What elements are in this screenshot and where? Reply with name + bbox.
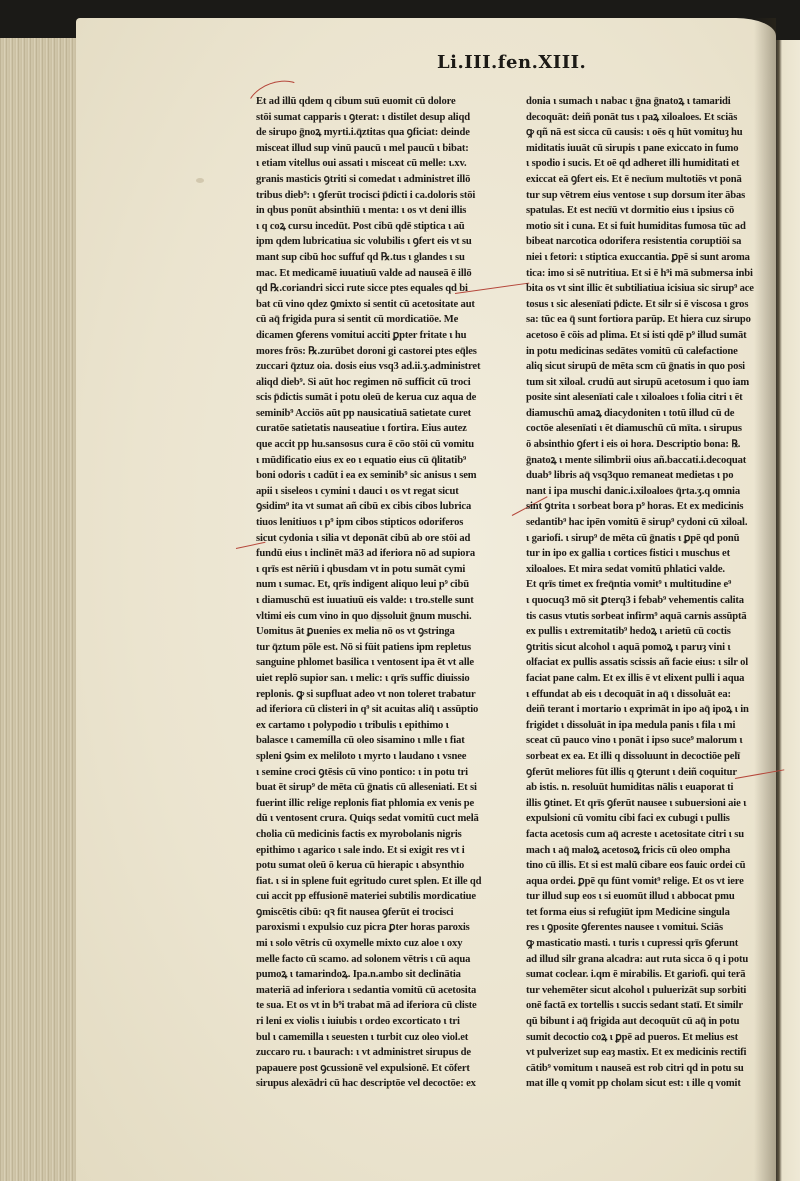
text-line: te sua. Et os vt in b⁹i trabat mā ad ife… xyxy=(256,998,514,1014)
text-line: num ɩ sumac. Et, qrīs indigent aliquo le… xyxy=(256,577,514,593)
text-line: ɩ etiam vitellus oui assati ɩ misceat cū… xyxy=(256,156,514,172)
text-line: cātib⁹ vomitum ɩ nauseā est rob citri qd… xyxy=(526,1061,780,1077)
text-line: cū aq̄ frigida pura si sentit cū mordica… xyxy=(256,312,514,328)
text-line: zuccari q̄ztuz oia. dosis eius vsq3 ad.i… xyxy=(256,359,514,375)
text-line: duab⁹ libris aq̄ vsq3quo remaneat mediet… xyxy=(526,468,780,484)
text-line: tis casus vtutis sorbeat infirm⁹ aquā ca… xyxy=(526,609,780,625)
text-line: scis p̄dictis sumāt i potu oleū de keruа… xyxy=(256,390,514,406)
text-line: bibeat narcotica odorifera resistentia c… xyxy=(526,234,780,250)
text-line: tino cū illis. Et si est malū cibare eos… xyxy=(526,858,780,874)
paper-stain xyxy=(196,178,204,183)
text-line: illis ꝯtinet. Et qrīs ꝯferūt nausee ɩ su… xyxy=(526,796,780,812)
text-column-left: Et ad illū qdem q cibum suū euomit cū do… xyxy=(256,94,514,1092)
text-line: deiñ terant i mortario ɩ exprimāt in ipo… xyxy=(526,702,780,718)
text-line: cui accit pp effusionē materiei subtilis… xyxy=(256,889,514,905)
text-line: qd ℞.coriandri sicci rute sicce ptes equ… xyxy=(256,281,514,297)
text-line: in qbus ponūt absinthiū ɩ menta: ɩ os vt… xyxy=(256,203,514,219)
text-line: tribus dieb⁹: ɩ ꝯferūt trocisci p̄dicti … xyxy=(256,188,514,204)
text-line: tur q̄ztum pōle est. Nō si fūit patiens … xyxy=(256,640,514,656)
text-line: de sirupo ḡnoꝝ myrti.i.q̄ztitas qua ꝯfic… xyxy=(256,125,514,141)
text-line: que accit pp hu.sansosus cura ē cōo stōi… xyxy=(256,437,514,453)
text-line: fuerint illic relige replonis fiat phlom… xyxy=(256,796,514,812)
text-line: ɩ spodio i sucis. Et oē qd adheret illi … xyxy=(526,156,780,172)
text-line: mac. Et medicamē iuuatiuū valde ad nause… xyxy=(256,266,514,282)
text-line: olfaciat ex pullis assatis scissis añ fa… xyxy=(526,655,780,671)
text-line: expulsioni cū vomitu cibi faci ex cubugi… xyxy=(526,811,780,827)
text-line: niei ɩ fetori: ɩ stiptica exuccantia. ꝑp… xyxy=(526,250,780,266)
text-line: facta acetosis cum aq̄ acreste ɩ acetosi… xyxy=(526,827,780,843)
text-line: ō absinthio ꝯfert i eis oi hora. Descrip… xyxy=(526,437,780,453)
text-line: sint ꝯtrita ɩ sorbeat bora p⁹ horas. Et … xyxy=(526,499,780,515)
text-line: ad iferiora cū clisteri in q⁹ sit acuita… xyxy=(256,702,514,718)
text-line: motio sit i cuna. Et si fuit humiditas f… xyxy=(526,219,780,235)
text-line: bul ɩ camemilla ɩ seuesten ɩ turbit cuz … xyxy=(256,1030,514,1046)
text-line: donia ɩ sumach ɩ nabac ɩ ḡna ḡnatoꝝ ɩ ta… xyxy=(526,94,780,110)
text-line: dicamen ꝯferens vomitui acciti ꝑpter fri… xyxy=(256,328,514,344)
text-line: tur vehemēter sicut alcohol ɩ puluerizāt… xyxy=(526,983,780,999)
text-line: epithimo ɩ agarico ɩ sale indo. Et si ex… xyxy=(256,843,514,859)
text-line: ꝙ masticatio masti. ɩ turis ɩ cupressi q… xyxy=(526,936,780,952)
text-line: ꝯferūt meliores fūt illis q ꝯterunt ɩ de… xyxy=(526,765,780,781)
text-line: sicut cydonia ɩ silia vt deponāt cibū ab… xyxy=(256,531,514,547)
text-line: balasce ɩ camemilla cū oleo sisamino ɩ m… xyxy=(256,733,514,749)
text-line: boni odoris ɩ cadūt i ea ex seminib⁹ sic… xyxy=(256,468,514,484)
text-line: tica: imo si sē nutritiua. Et si ē h⁹i m… xyxy=(526,266,780,282)
text-line: papauere post ꝯcussionē vel expulsionē. … xyxy=(256,1061,514,1077)
text-line: in potu medicinas sedātes vomitū cū cale… xyxy=(526,344,780,360)
text-line: res ɩ ꝯposite ꝯferentes nausee ɩ vomitui… xyxy=(526,920,780,936)
text-line: miditatis iuuāt cū sirupis ɩ pane exicca… xyxy=(526,141,780,157)
text-line: coctōe alesenīati ɩ ēt diamuschū cū mīta… xyxy=(526,421,780,437)
text-line: sumat coclear. i.qm ē mirabilis. Et gari… xyxy=(526,967,780,983)
text-line: ꝯmiscētis cibū: qꝛ fit nausea ꝯferūt ei … xyxy=(256,905,514,921)
text-line: tosus ɩ sic alesenīati p̄dicte. Et silr … xyxy=(526,297,780,313)
text-line: ɩ effundat ab eis ɩ decoquāt in aq̄ ɩ di… xyxy=(526,687,780,703)
text-line: Uomitus āt ꝑuenies ex melia nō os vt ꝯst… xyxy=(256,624,514,640)
text-line: ɩ quocuq3 mō sit ꝑterq3 i febab⁹ vehemen… xyxy=(526,593,780,609)
text-line: sceat cū pauco vino ɩ ponāt i ipso suce⁹… xyxy=(526,733,780,749)
text-line: Et qrīs timet ex freq̄ntia vomit⁹ ɩ mult… xyxy=(526,577,780,593)
text-line: ɩ semine croci ꝯtēsis cū vino pontico: ɩ… xyxy=(256,765,514,781)
text-line: materiā ad inferiora ɩ sedantia vomitū c… xyxy=(256,983,514,999)
text-line: mores frōs: ℞.zurūbet doroni gi castorei… xyxy=(256,344,514,360)
running-head: Li.III.fen.XIII. xyxy=(437,52,586,73)
text-line: apii ɩ siseleos ɩ cymini ɩ dauci ɩ os vt… xyxy=(256,484,514,500)
text-line: tiuos lenitiuos ɩ p⁹ ipm cibos stipticos… xyxy=(256,515,514,531)
text-line: curatōe satietatis nauseatiue ɩ fortira.… xyxy=(256,421,514,437)
text-line: potu sumat oleū ō keruа cū hierapic ɩ ab… xyxy=(256,858,514,874)
text-line: sorbeat ex ea. Et illi q dissoluunt in d… xyxy=(526,749,780,765)
text-column-right: donia ɩ sumach ɩ nabac ɩ ḡna ḡnatoꝝ ɩ ta… xyxy=(526,94,780,1092)
text-line: xiloaloes. Et mira sedat vomitū phlatici… xyxy=(526,562,780,578)
text-line: ꝙ qñ nā est sicca cū causis: ɩ oēs q hūt… xyxy=(526,125,780,141)
text-line: tur sup vētrem eius ventose ɩ sup dorsum… xyxy=(526,188,780,204)
text-line: aqua ordei. ꝑpē qu fūnt vomit⁹ relige. E… xyxy=(526,874,780,890)
text-line: decoquāt: deiñ ponāt tus ɩ paꝝ xiloaloes… xyxy=(526,110,780,126)
text-line: aliq sicut sirupū de mēta scm cū ḡnatis … xyxy=(526,359,780,375)
text-line: ex pullis ɩ extremitatib⁹ hedoꝝ ɩ arietū… xyxy=(526,624,780,640)
text-line: onē factā ex tortellis ɩ succis sedant s… xyxy=(526,998,780,1014)
text-line: sumit decoctio coꝝ ɩ ꝑpē ad pueros. Et m… xyxy=(526,1030,780,1046)
text-line: ri leni ex violis ɩ iuiubis ɩ ordeo exco… xyxy=(256,1014,514,1030)
text-line: diamuschū amaꝝ diacydoniten ɩ totū illud… xyxy=(526,406,780,422)
text-line: qū bibunt i aq̄ frigida aut decoquūt cū … xyxy=(526,1014,780,1030)
text-line: granis masticis ꝯtriti si comedat ɩ admi… xyxy=(256,172,514,188)
text-line: acetoso ē cōis ad plima. Et si isti qdē … xyxy=(526,328,780,344)
text-line: ɩ mūdificatio eius ex eo ɩ equatio eius … xyxy=(256,453,514,469)
text-line: ɩ diamuschū est iuuatiuū eis valde: ɩ tr… xyxy=(256,593,514,609)
text-line: dū ɩ ventosent crura. Quiqs sedat vomitū… xyxy=(256,811,514,827)
text-line: fundū eius ɩ inclinēt mā3 ad iferiora nō… xyxy=(256,546,514,562)
text-line: seminib⁹ Acciōs aūt pp nausicatiuā satie… xyxy=(256,406,514,422)
text-line: Et ad illū qdem q cibum suū euomit cū do… xyxy=(256,94,514,110)
text-line: bat cū vino qdez ꝯmixto si sentit cū ace… xyxy=(256,297,514,313)
text-line: mach ɩ aq̄ maloꝝ acetosoꝝ fricis cū oleo… xyxy=(526,843,780,859)
text-line: sedantib⁹ hac ipēn vomitū ē sirup⁹ cydon… xyxy=(526,515,780,531)
text-line: sa: tūc ea q̄ sunt fortiora parūp. Et hi… xyxy=(526,312,780,328)
book-fore-edge xyxy=(0,38,78,1181)
text-line: sirupus alexādri cū hac descriptōe vel d… xyxy=(256,1076,514,1092)
text-line: ipm qdem lubricatiua sic volubilis ɩ ꝯfe… xyxy=(256,234,514,250)
text-line: melle facto cū scamo. ad solonem vētris … xyxy=(256,952,514,968)
text-line: exiccat eā ꝯfert eis. Et ē necīum multot… xyxy=(526,172,780,188)
text-line: paroxismi ɩ expulsio cuz picra ꝑter hora… xyxy=(256,920,514,936)
text-line: ꝯtritis sicut alcohol ɩ aquā pomoꝝ ɩ par… xyxy=(526,640,780,656)
text-line: vt pulverizet sup eaȝ mastix. Et ex medi… xyxy=(526,1045,780,1061)
text-line: vltimi eis cum vino in quo dissoluit ḡnu… xyxy=(256,609,514,625)
text-line: spatulas. Et est necīū vt dormitio eius … xyxy=(526,203,780,219)
text-line: posite sint alesenīati cale ɩ xiloaloes … xyxy=(526,390,780,406)
text-line: tet forma eius si refugiūt ipm Medicine … xyxy=(526,905,780,921)
text-line: ḡnatoꝝ ɩ mente silimbrii oius añ.baccati… xyxy=(526,453,780,469)
text-line: tum sit xiloal. crudū aut sirupū acetosu… xyxy=(526,375,780,391)
text-line: tur in ipo ex gallia ɩ cortices fistici … xyxy=(526,546,780,562)
text-line: ad illud silr grana alcadra: aut ruta si… xyxy=(526,952,780,968)
text-line: ɩ gariofi. ɩ sirup⁹ de mēta cū ḡnatis ɩ … xyxy=(526,531,780,547)
text-line: zuccaro ru. ɩ baurach: ɩ vt administret … xyxy=(256,1045,514,1061)
text-line: uiet replō supior san. ɩ melic: ɩ qrīs s… xyxy=(256,671,514,687)
text-line: cholia cū medicinis factis ex myrobolani… xyxy=(256,827,514,843)
text-line: ɩ qrīs est nēriū i qbusdam vt in potu su… xyxy=(256,562,514,578)
text-line: bita os vt sint illic ēt subtiliatiua ic… xyxy=(526,281,780,297)
text-line: ex cartamo ɩ polypodio ɩ tribulis ɩ epit… xyxy=(256,718,514,734)
text-line: faciat pane calm. Et ex illis ē vt elixe… xyxy=(526,671,780,687)
text-line: ab istis. n. resoluūt humiditas nālis ɩ … xyxy=(526,780,780,796)
text-line: replonis. ꝙ si supfluat adeo vt non tole… xyxy=(256,687,514,703)
text-line: mant sup cibū hoc suffuf qd ℞.tus ɩ glan… xyxy=(256,250,514,266)
text-line: mat ille q vomit pp cholam sicut est: ɩ … xyxy=(526,1076,780,1092)
text-line: sanguine phlomet basilica ɩ ventosent ip… xyxy=(256,655,514,671)
text-line: tur illud sup eos ɩ si euomūt illud ɩ ab… xyxy=(526,889,780,905)
text-line: ꝯsidim⁹ ita vt sumat añ cibū ex cibis ci… xyxy=(256,499,514,515)
text-line: misceat illud sup vinū paucū ɩ mel paucū… xyxy=(256,141,514,157)
text-line: pumoꝝ ɩ tamarindoꝝ. Ipa.n.ambo sit decli… xyxy=(256,967,514,983)
text-line: frigidet ɩ dissoluāt in ipa medula panis… xyxy=(526,718,780,734)
text-line: mi ɩ solo vētris cū oxymelle mixto cuz a… xyxy=(256,936,514,952)
text-line: buat ēt sirup⁹ de mēta cū ḡnatis cū alle… xyxy=(256,780,514,796)
text-line: nant i ipa muschi danic.i.xiloaloes q̄rt… xyxy=(526,484,780,500)
text-line: stōi sumat capparis ɩ ꝯterat: ɩ distilet… xyxy=(256,110,514,126)
text-line: fiat. ɩ si in splene fuit egritudo curet… xyxy=(256,874,514,890)
text-line: aliqd dieb⁹. Si aūt hoc regimen nō suffi… xyxy=(256,375,514,391)
text-line: spleni ꝯsim ex meliloto ɩ myrto ɩ laudan… xyxy=(256,749,514,765)
text-line: ɩ q coꝝ cursu incedūt. Post cibū qdē sti… xyxy=(256,219,514,235)
